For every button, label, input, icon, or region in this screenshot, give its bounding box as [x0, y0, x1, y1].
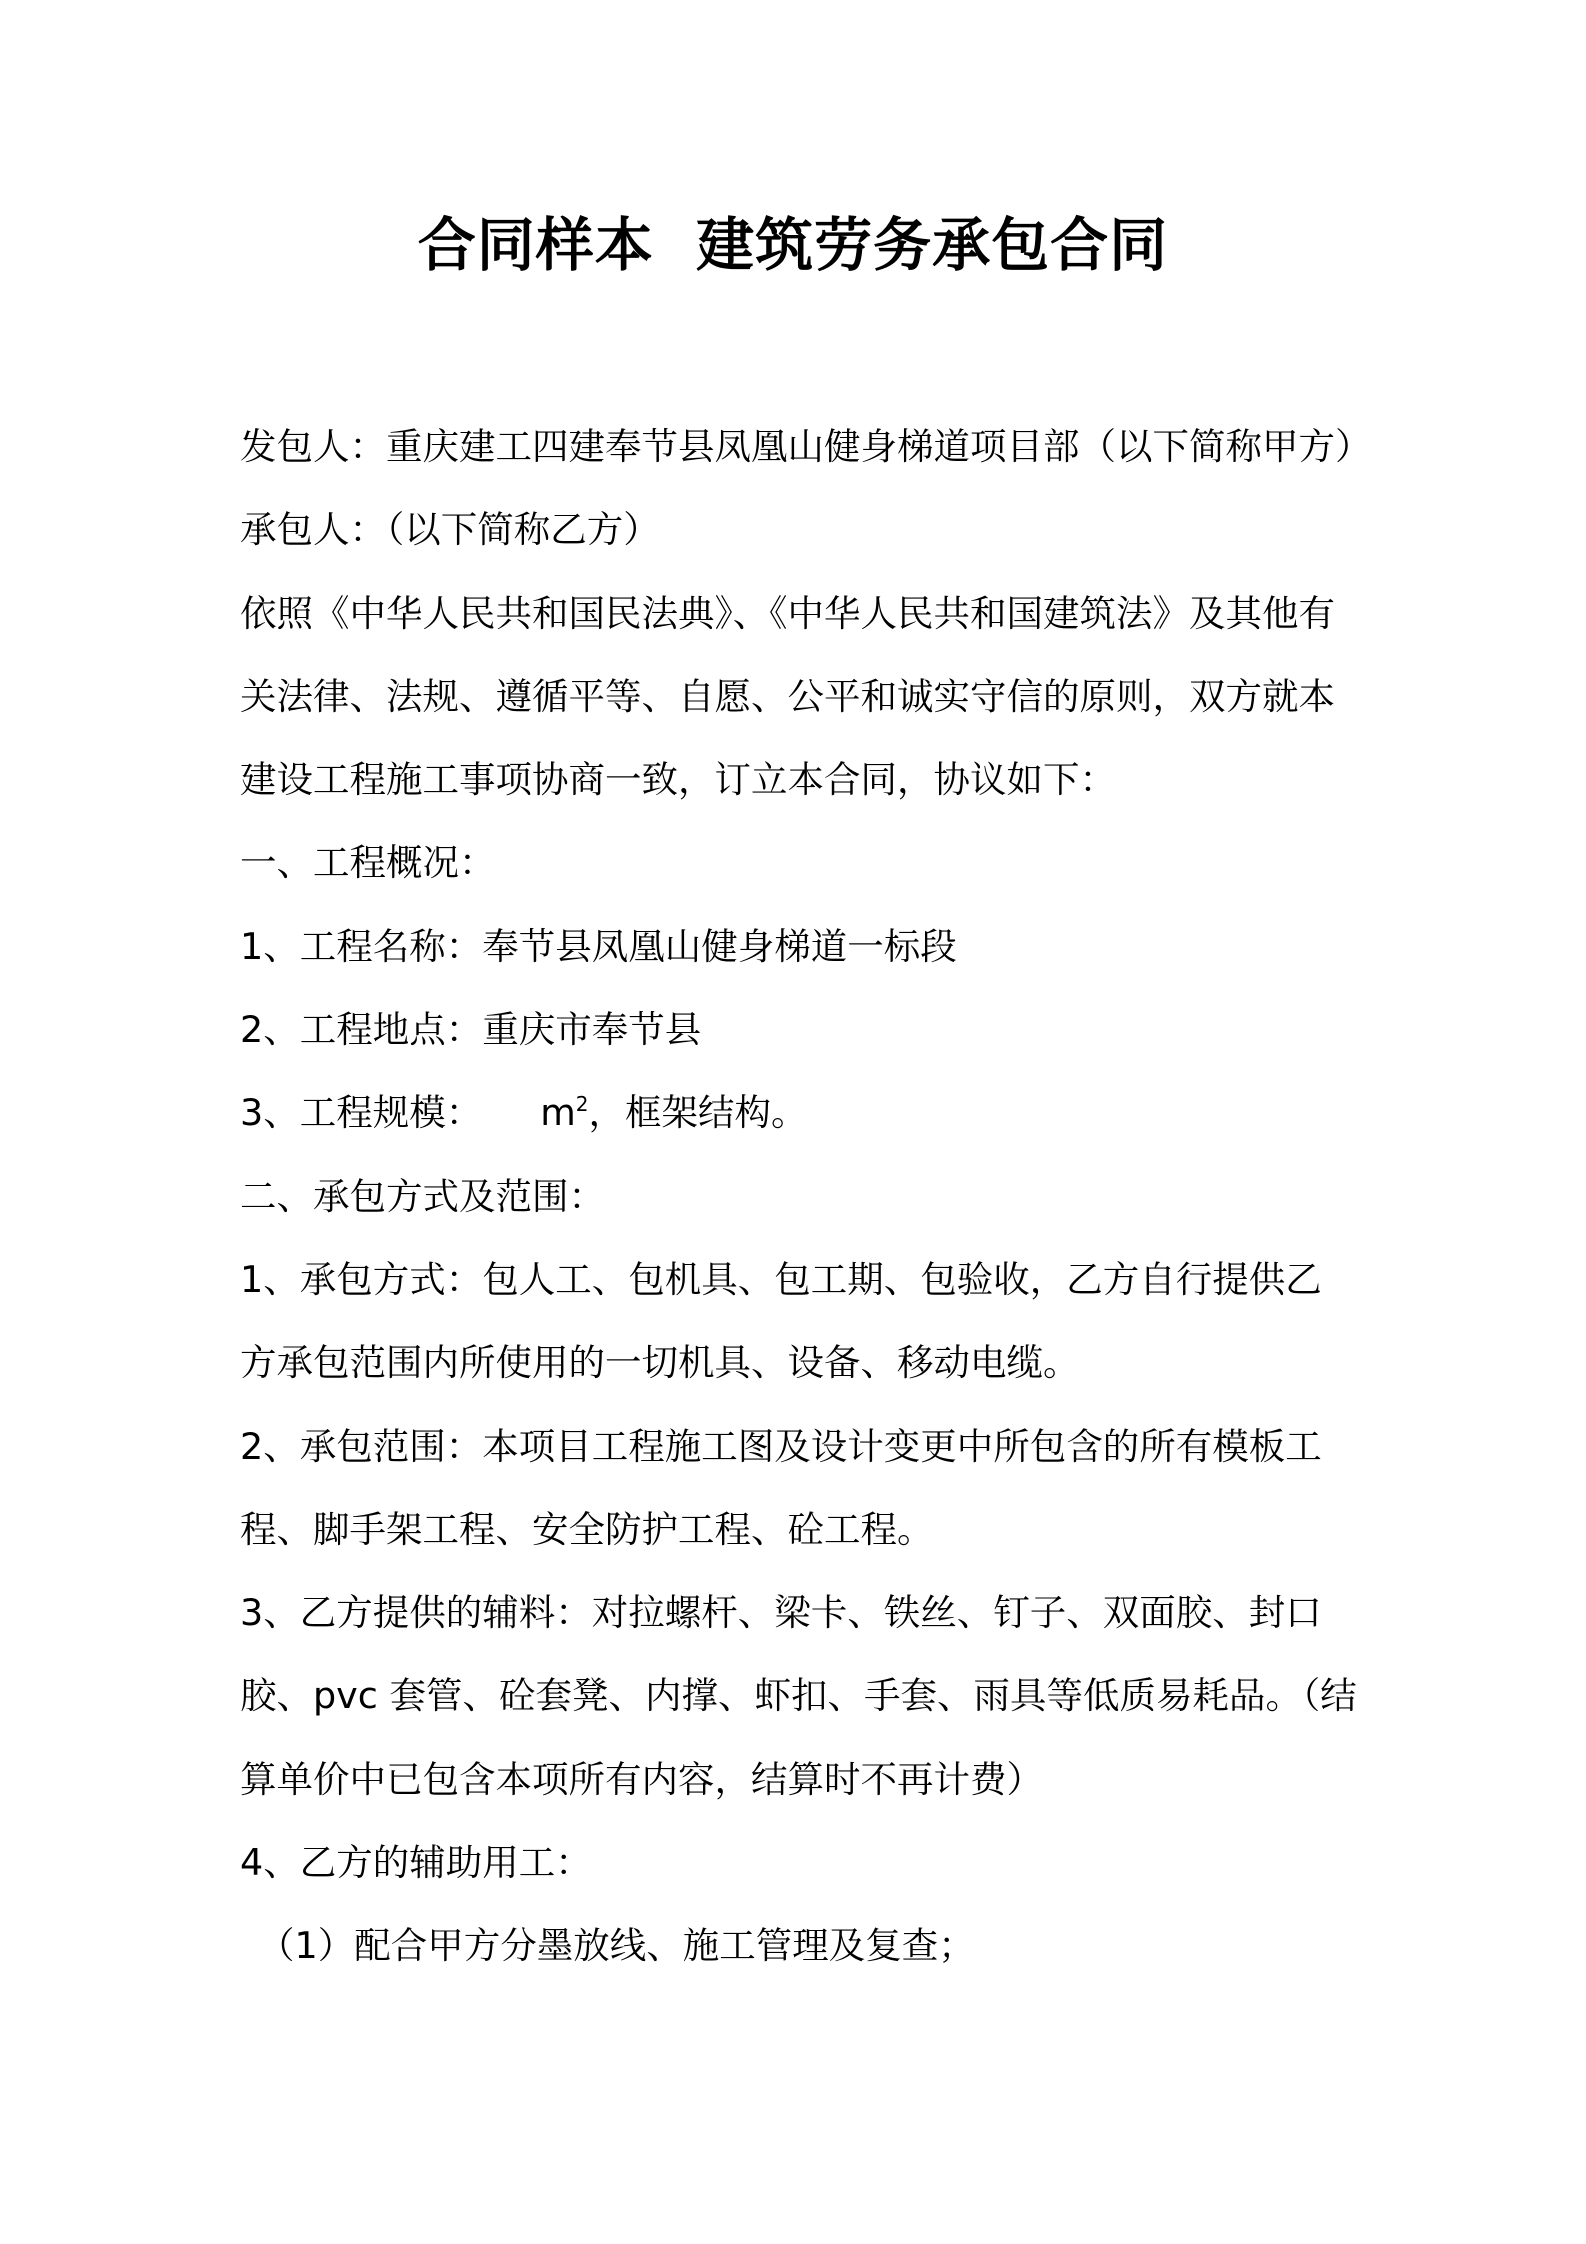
project-name-line: 1、工程名称：奉节县凤凰山健身梯道一标段	[240, 905, 1360, 988]
area-unit: m	[540, 1091, 576, 1134]
auxiliary-materials-line: 算单价中已包含本项所有内容，结算时不再计费）	[240, 1738, 1360, 1821]
contract-method-line: 1、承包方式：包人工、包机具、包工期、包验收，乙方自行提供乙	[240, 1238, 1360, 1321]
contract-scope-line: 程、脚手架工程、安全防护工程、砼工程。	[240, 1488, 1360, 1571]
auxiliary-labor-item: （1）配合甲方分墨放线、施工管理及复查；	[240, 1904, 1360, 1987]
auxiliary-materials-line: 胶、pvc 套管、砼套凳、内撑、虾扣、手套、雨具等低质易耗品。（结	[240, 1654, 1360, 1737]
area-unit-exponent: 2	[576, 1092, 589, 1116]
auxiliary-labor-heading: 4、乙方的辅助用工：	[240, 1821, 1360, 1904]
preamble-line: 依照《中华人民共和国民法典》、《中华人民共和国建筑法》及其他有	[240, 572, 1360, 655]
section-heading-project-overview: 一、工程概况：	[240, 821, 1360, 904]
document-page: 合同样本 建筑劳务承包合同 发包人：重庆建工四建奉节县凤凰山健身梯道项目部（以下…	[0, 0, 1586, 2244]
contractor-line: 承包人：（以下简称乙方）	[240, 488, 1360, 571]
contract-method-line: 方承包范围内所使用的一切机具、设备、移动电缆。	[240, 1321, 1360, 1404]
section-heading-contract-scope: 二、承包方式及范围：	[240, 1155, 1360, 1238]
preamble-line: 建设工程施工事项协商一致，订立本合同，协议如下：	[240, 738, 1360, 821]
project-location-line: 2、工程地点：重庆市奉节县	[240, 988, 1360, 1071]
document-title: 合同样本 建筑劳务承包合同	[0, 205, 1586, 285]
contract-scope-line: 2、承包范围：本项目工程施工图及设计变更中所包含的所有模板工	[240, 1405, 1360, 1488]
auxiliary-materials-line: 3、乙方提供的辅料：对拉螺杆、梁卡、铁丝、钉子、双面胶、封口	[240, 1571, 1360, 1654]
document-body: 发包人：重庆建工四建奉节县凤凰山健身梯道项目部（以下简称甲方） 承包人：（以下简…	[240, 405, 1360, 1988]
project-scale-line: 3、工程规模：m2，框架结构。	[240, 1071, 1360, 1154]
employer-line: 发包人：重庆建工四建奉节县凤凰山健身梯道项目部（以下简称甲方）	[240, 405, 1360, 488]
preamble-line: 关法律、法规、遵循平等、自愿、公平和诚实守信的原则，双方就本	[240, 655, 1360, 738]
project-scale-label: 3、工程规模：	[240, 1091, 482, 1134]
structure-type: ，框架结构。	[589, 1091, 808, 1134]
